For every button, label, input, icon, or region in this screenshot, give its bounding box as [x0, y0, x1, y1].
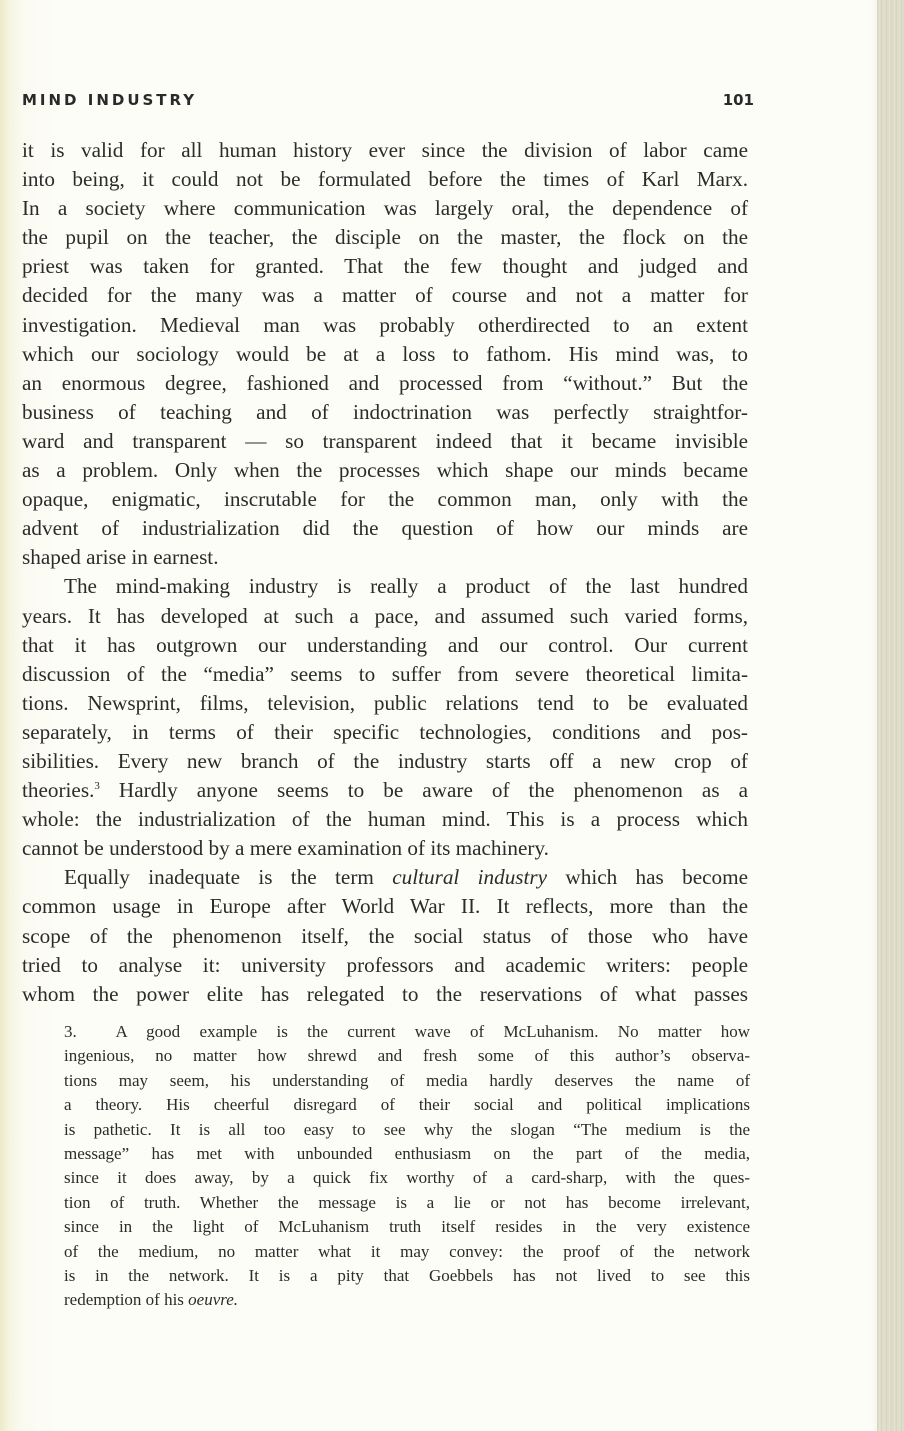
text-line: tried to analyse it: university professo…: [22, 951, 748, 980]
footnote-line: a theory. His cheerful disregard of thei…: [64, 1093, 750, 1117]
italic-term: cultural industry: [392, 865, 547, 889]
text-line: scope of the phenomenon itself, the soci…: [22, 922, 748, 951]
text-line: advent of industrialization did the ques…: [22, 514, 748, 543]
text-line: an enormous degree, fashioned and proces…: [22, 369, 748, 398]
text-fragment: Equally inadequate is the term: [64, 865, 392, 889]
text-line-with-footnote: theories.3 Hardly anyone seems to be awa…: [22, 776, 748, 805]
text-fragment: redemption of his: [64, 1290, 188, 1309]
text-line: it is valid for all human history ever s…: [22, 136, 748, 165]
text-line: common usage in Europe after World War I…: [22, 892, 748, 921]
footnote-line: tion of truth. Whether the message is a …: [64, 1191, 750, 1215]
book-page: MIND INDUSTRY 101 it is valid for all hu…: [0, 0, 904, 1431]
italic-term: oeuvre.: [188, 1290, 238, 1309]
text-line: In a society where communication was lar…: [22, 194, 748, 223]
text-line: that it has outgrown our understanding a…: [22, 631, 748, 660]
text-line: tions. Newsprint, films, television, pub…: [22, 689, 748, 718]
text-line: discussion of the “media” seems to suffe…: [22, 660, 748, 689]
text-line: separately, in terms of their specific t…: [22, 718, 748, 747]
book-spine-edge: [877, 0, 904, 1431]
text-line: the pupil on the teacher, the disciple o…: [22, 223, 748, 252]
text-fragment: theories.: [22, 778, 94, 802]
footnote-line-with-number: 3. A good example is the current wave of…: [64, 1020, 750, 1044]
footnote-line: ingenious, no matter how shrewd and fres…: [64, 1044, 750, 1068]
footnote-3: 3. A good example is the current wave of…: [64, 1020, 750, 1313]
text-line: priest was taken for granted. That the f…: [22, 252, 748, 281]
footnote-line: of the medium, no matter what it may con…: [64, 1240, 750, 1264]
text-line: investigation. Medieval man was probably…: [22, 311, 748, 340]
text-line: whom the power elite has relegated to th…: [22, 980, 748, 1009]
text-fragment: which has become: [547, 865, 748, 889]
body-text: it is valid for all human history ever s…: [22, 136, 748, 1009]
text-line: shaped arise in earnest.: [22, 543, 748, 572]
paragraph-1: it is valid for all human history ever s…: [22, 136, 748, 572]
text-line: sibilities. Every new branch of the indu…: [22, 747, 748, 776]
footnote-line: is in the network. It is a pity that Goe…: [64, 1264, 750, 1288]
text-line: opaque, enigmatic, inscrutable for the c…: [22, 485, 748, 514]
footnotes: 3. A good example is the current wave of…: [64, 1020, 750, 1313]
text-line: business of teaching and of indoctrinati…: [22, 398, 748, 427]
text-line: which our sociology would be at a loss t…: [22, 340, 748, 369]
text-line: years. It has developed at such a pace, …: [22, 602, 748, 631]
text-line: whole: the industrialization of the huma…: [22, 805, 748, 834]
running-head: MIND INDUSTRY: [22, 91, 752, 109]
text-fragment: Hardly anyone seems to be aware of the p…: [100, 778, 748, 802]
text-line: ward and transparent — so transparent in…: [22, 427, 748, 456]
footnote-line: message” has met with unbounded enthusia…: [64, 1142, 750, 1166]
page-number: 101: [723, 91, 754, 109]
text-line: The mind-making industry is really a pro…: [22, 572, 748, 601]
footnote-line: tions may seem, his understanding of med…: [64, 1069, 750, 1093]
text-fragment: A good example is the current wave of Mc…: [115, 1022, 750, 1041]
paragraph-3: Equally inadequate is the term cultural …: [22, 863, 748, 1008]
footnote-line: since in the light of McLuhanism truth i…: [64, 1215, 750, 1239]
text-line-with-italic: Equally inadequate is the term cultural …: [22, 863, 748, 892]
text-line: decided for the many was a matter of cou…: [22, 281, 748, 310]
paragraph-2: The mind-making industry is really a pro…: [22, 572, 748, 863]
text-line: cannot be understood by a mere examinati…: [22, 834, 748, 863]
footnote-line-with-italic: redemption of his oeuvre.: [64, 1288, 750, 1312]
text-line: as a problem. Only when the processes wh…: [22, 456, 748, 485]
footnote-line: since it does away, by a quick fix worth…: [64, 1166, 750, 1190]
footnote-line: is pathetic. It is all too easy to see w…: [64, 1118, 750, 1142]
text-line: into being, it could not be formulated b…: [22, 165, 748, 194]
footnote-number: 3.: [64, 1022, 77, 1041]
